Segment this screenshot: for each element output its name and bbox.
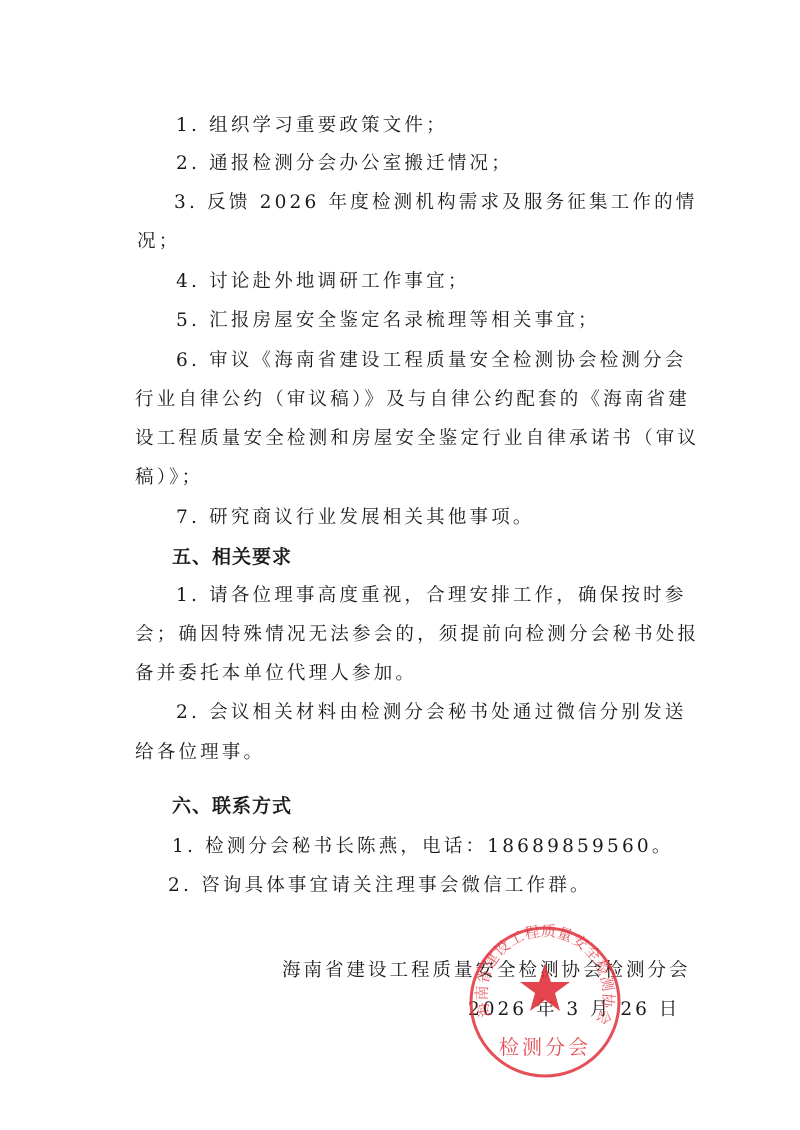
agenda-item-5: 5. 汇报房屋安全鉴定名录梳理等相关事宜；	[176, 309, 600, 333]
requirement-1-cont-2: 备并委托本单位代理人参加。	[135, 662, 417, 686]
agenda-item-3-cont: 况；	[137, 230, 180, 254]
agenda-item-2: 2. 通报检测分会办公室搬迁情况；	[176, 152, 513, 176]
document-page: 1. 组织学习重要政策文件； 2. 通报检测分会办公室搬迁情况； 3. 反馈 2…	[0, 0, 800, 1130]
contact-1: 1. 检测分会秘书长陈燕，电话：18689859560。	[172, 835, 674, 859]
agenda-item-6-cont-2: 设工程质量安全检测和房屋安全鉴定行业自律承诺书（审议	[135, 427, 699, 451]
agenda-item-6: 6. 审议《海南省建设工程质量安全检测协会检测分会	[176, 349, 687, 373]
agenda-item-3: 3. 反馈 2026 年度检测机构需求及服务征集工作的情	[174, 191, 697, 215]
contact-2: 2. 咨询具体事宜请关注理事会微信工作群。	[168, 874, 592, 898]
requirement-1: 1. 请各位理事高度重视，合理安排工作，确保按时参	[176, 584, 687, 608]
section-5-heading: 五、相关要求	[172, 545, 292, 569]
agenda-item-1: 1. 组织学习重要政策文件；	[176, 114, 448, 138]
svg-text:检测分会: 检测分会	[499, 1035, 591, 1059]
agenda-item-4: 4. 讨论赴外地调研工作事宜；	[176, 270, 470, 294]
requirement-1-cont-1: 会；确因特殊情况无法参会的，须提前向检测分会秘书处报	[135, 623, 699, 647]
agenda-item-7: 7. 研究商议行业发展相关其他事项。	[176, 506, 535, 530]
requirement-2: 2. 会议相关材料由检测分会秘书处通过微信分别发送	[176, 701, 687, 725]
official-seal-icon: 海南省建设工程质量安全检测协会 检测分会	[467, 924, 623, 1080]
agenda-item-6-cont-3: 稿）》；	[135, 466, 203, 490]
agenda-item-6-cont-1: 行业自律公约（审议稿）》及与自律公约配套的《海南省建	[135, 388, 690, 412]
requirement-2-cont: 给各位理事。	[135, 741, 265, 765]
section-6-heading: 六、联系方式	[172, 794, 292, 818]
